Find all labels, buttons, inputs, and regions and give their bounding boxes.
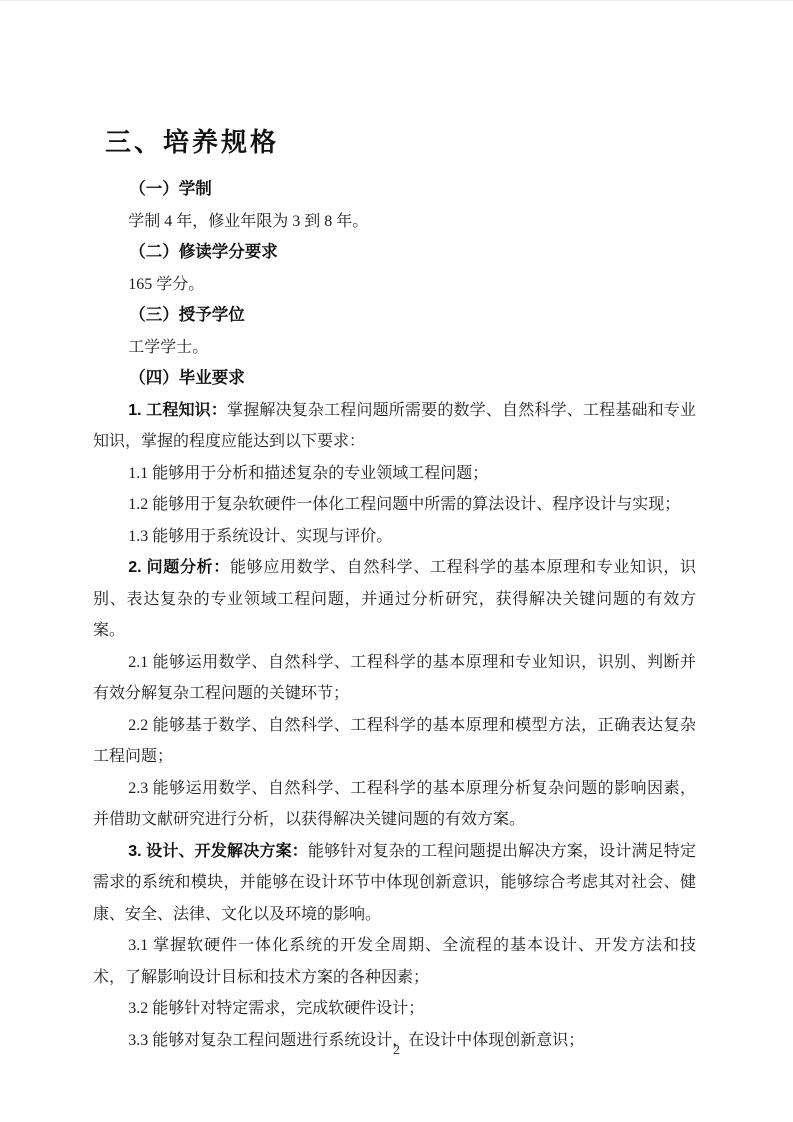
requirement-lead: 3. 设计、开发解决方案： bbox=[128, 843, 308, 860]
document-body: 三、培养规格 （一）学制 学制 4 年，修业年限为 3 到 8 年。 （二）修读… bbox=[93, 124, 696, 1056]
requirement-item: 2.2 能够基于数学、自然科学、工程科学的基本原理和模型方法，正确表达复杂工程问… bbox=[93, 710, 696, 773]
degree-text: 工学学士。 bbox=[93, 332, 696, 364]
section-heading-xuewei: （三）授予学位 bbox=[93, 300, 696, 332]
requirement-item: 1.1 能够用于分析和描述复杂的专业领域工程问题； bbox=[93, 458, 696, 490]
section-heading-xuefen: （二）修读学分要求 bbox=[93, 237, 696, 269]
study-duration-text: 学制 4 年，修业年限为 3 到 8 年。 bbox=[93, 206, 696, 238]
requirement-paragraph: 2. 问题分析：能够应用数学、自然科学、工程科学的基本原理和专业知识，识别、表达… bbox=[93, 552, 696, 647]
page-title: 三、培养规格 bbox=[105, 124, 696, 160]
section-heading-xuezhi: （一）学制 bbox=[93, 174, 696, 206]
requirement-item: 2.1 能够运用数学、自然科学、工程科学的基本原理和专业知识，识别、判断并有效分… bbox=[93, 647, 696, 710]
section-heading-biye: （四）毕业要求 bbox=[93, 363, 696, 395]
requirement-lead: 2. 问题分析： bbox=[128, 559, 230, 576]
requirement-item: 2.3 能够运用数学、自然科学、工程科学的基本原理分析复杂问题的影响因素，并借助… bbox=[93, 773, 696, 836]
document-page: 三、培养规格 （一）学制 学制 4 年，修业年限为 3 到 8 年。 （二）修读… bbox=[0, 0, 793, 1122]
credits-text: 165 学分。 bbox=[93, 269, 696, 301]
requirement-item: 1.2 能够用于复杂软硬件一体化工程问题中所需的算法设计、程序设计与实现； bbox=[93, 489, 696, 521]
requirement-item: 3.2 能够针对特定需求，完成软硬件设计； bbox=[93, 993, 696, 1025]
requirement-item: 3.1 掌握软硬件一体化系统的开发全周期、全流程的基本设计、开发方法和技术，了解… bbox=[93, 930, 696, 993]
requirement-paragraph: 1. 工程知识：掌握解决复杂工程问题所需要的数学、自然科学、工程基础和专业知识，… bbox=[93, 395, 696, 458]
page-number: 2 bbox=[0, 1041, 793, 1061]
requirement-lead: 1. 工程知识： bbox=[128, 402, 227, 419]
requirement-item: 1.3 能够用于系统设计、实现与评价。 bbox=[93, 521, 696, 553]
requirement-paragraph: 3. 设计、开发解决方案：能够针对复杂的工程问题提出解决方案，设计满足特定需求的… bbox=[93, 836, 696, 931]
